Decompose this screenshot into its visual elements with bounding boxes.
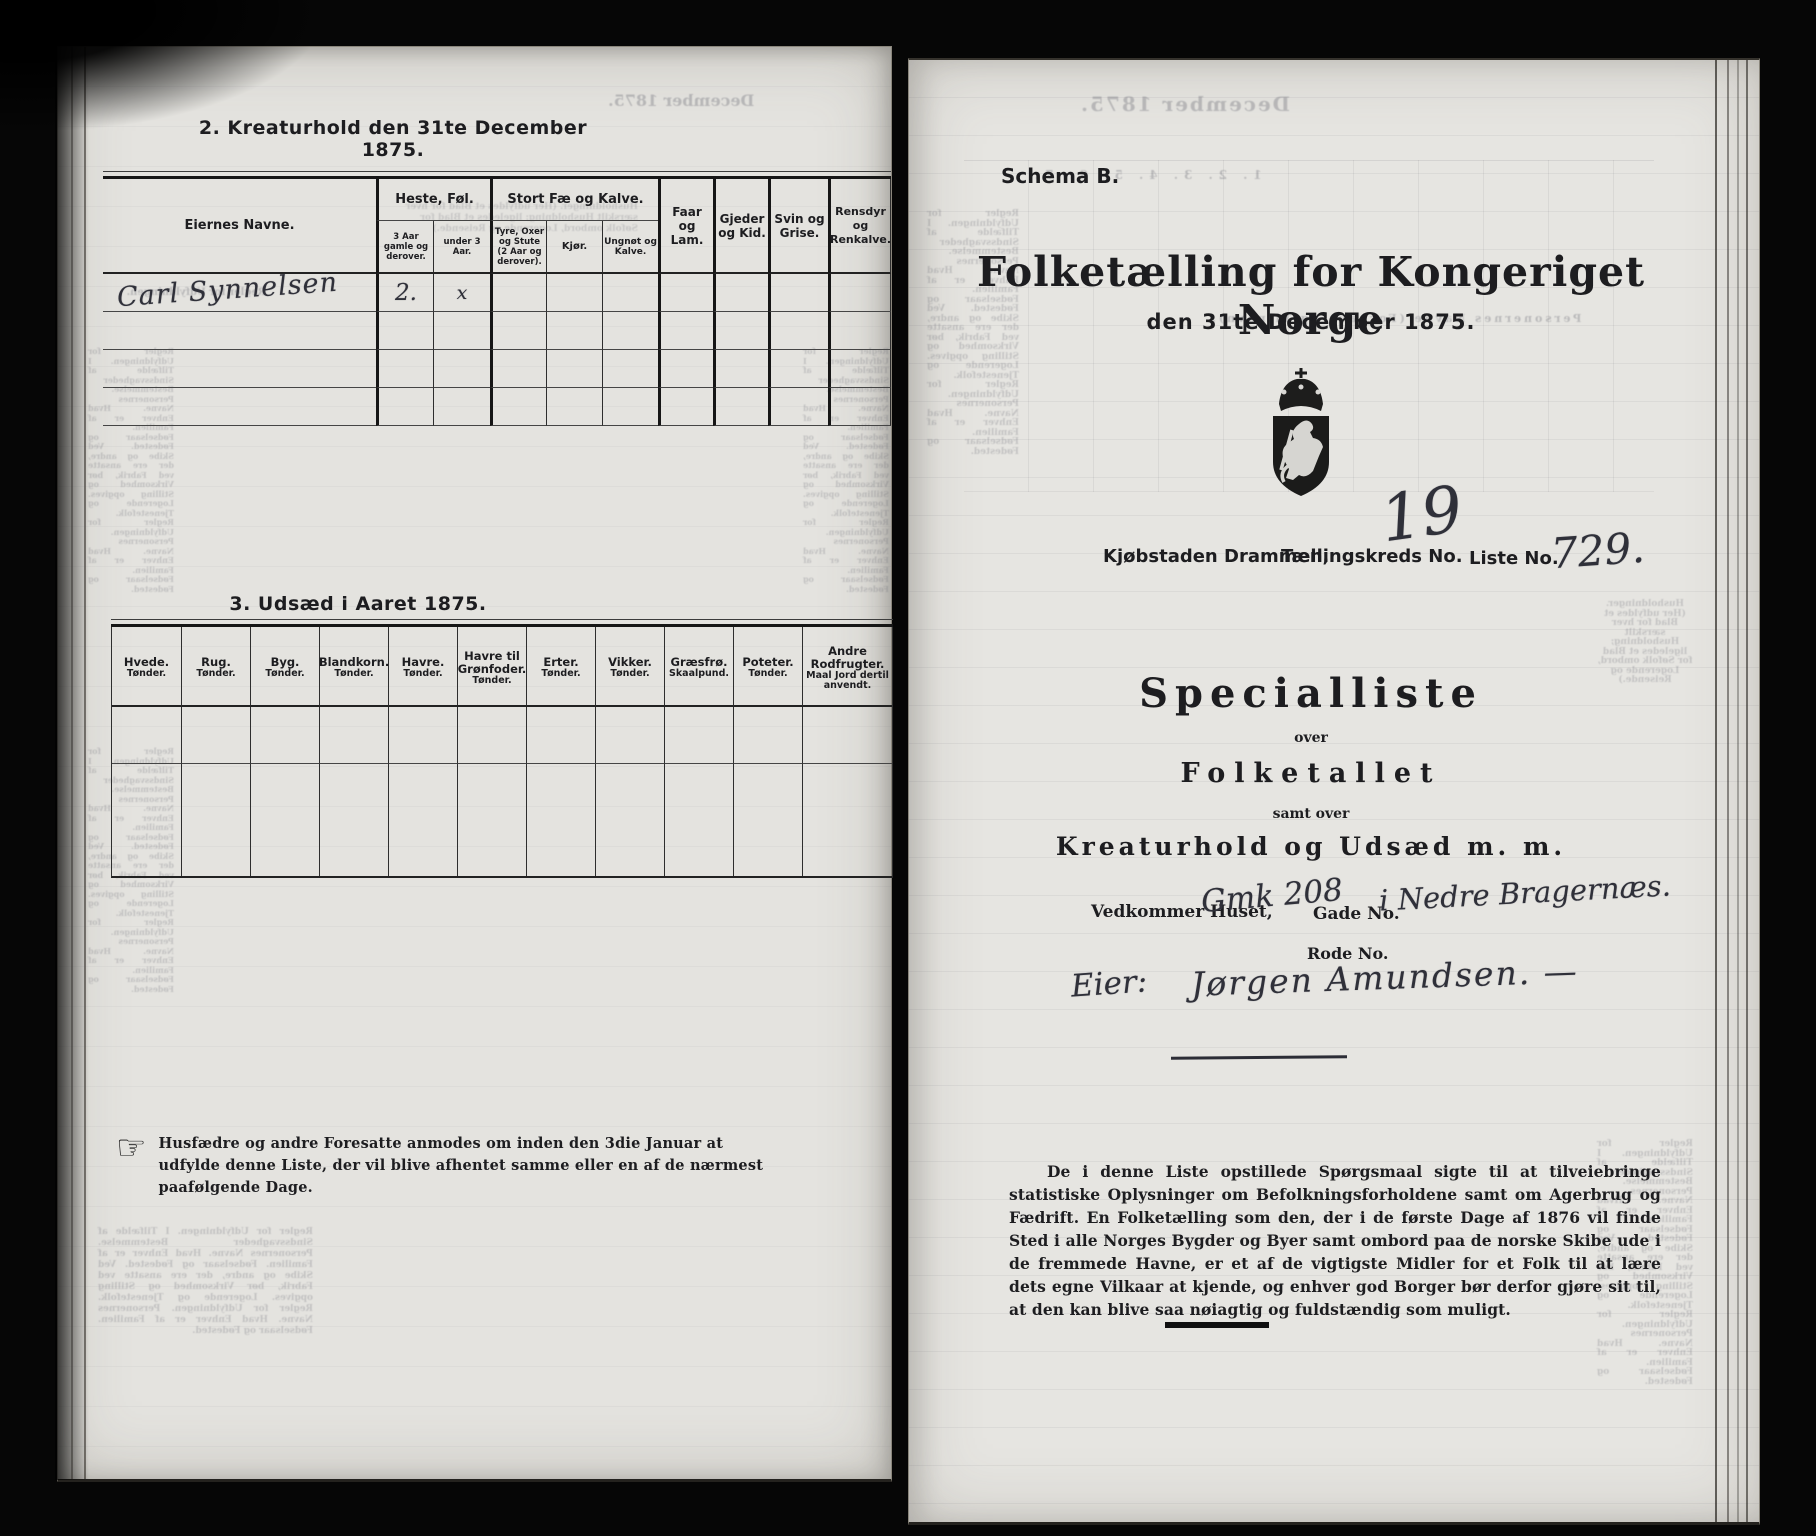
empty-cell xyxy=(319,764,388,876)
col-name: Havre til Grønfoder. xyxy=(458,650,527,676)
empty-cell xyxy=(433,350,490,388)
empty-cell xyxy=(802,764,892,876)
col-header-poteter: Poteter.Tønder. xyxy=(733,627,802,707)
col-header-gjeder-kid: Gjeder og Kid. xyxy=(713,179,768,274)
empty-cell xyxy=(828,388,891,426)
empty-cell xyxy=(733,764,802,876)
col-header-havre-gronfoder: Havre til Grønfoder.Tønder. xyxy=(457,627,526,707)
col-header-rensdyr: Rensdyr og Renkalve. xyxy=(828,179,891,274)
eier-label: Eier: xyxy=(1070,963,1148,1004)
col-subheader-heste-under3: under 3 Aar. xyxy=(433,221,490,274)
subtitle-specialliste: Specialliste xyxy=(961,670,1661,717)
kreaturhold-table: Eiernes Navne. Heste, Føl. Stort Fæ og K… xyxy=(103,179,891,426)
col-header-svin-grise: Svin og Grise. xyxy=(768,179,828,274)
empty-cell xyxy=(658,274,713,312)
divider-bar xyxy=(1165,1322,1269,1328)
empty-cell xyxy=(602,388,658,426)
tellingskreds-value: 19 xyxy=(1376,473,1467,558)
empty-cell xyxy=(713,274,768,312)
handwritten-owner-name: Carl Synnelsen xyxy=(102,267,339,314)
empty-cell xyxy=(319,707,388,764)
col-header-blandkorn: Blandkorn.Tønder. xyxy=(319,627,388,707)
empty-cell xyxy=(388,707,457,764)
eier-value: Jørgen Amundsen. — xyxy=(1190,951,1579,1004)
col-header-andre-rodfrugter: Andre Rodfrugter.Maal Jord dertil anvend… xyxy=(802,627,892,707)
empty-cell xyxy=(181,707,250,764)
udsaed-table: Hvede.Tønder. Rug.Tønder. Byg.Tønder. Bl… xyxy=(111,627,893,878)
empty-cell xyxy=(546,274,602,312)
col-header-vikker: Vikker.Tønder. xyxy=(595,627,664,707)
handwritten-count: 2. xyxy=(395,280,417,306)
empty-cell xyxy=(602,274,658,312)
col-unit: Tønder. xyxy=(196,669,235,680)
col-unit: Tønder. xyxy=(127,669,166,680)
empty-cell xyxy=(546,388,602,426)
empty-cell xyxy=(457,764,526,876)
col-unit: Tønder. xyxy=(403,669,442,680)
empty-cell xyxy=(376,388,433,426)
empty-cell xyxy=(595,707,664,764)
col-header-erter: Erter.Tønder. xyxy=(526,627,595,707)
subtitle-samt-over: samt over xyxy=(961,806,1661,822)
empty-cell xyxy=(658,388,713,426)
empty-cell xyxy=(658,350,713,388)
col-subheader-kjor: Kjør. xyxy=(546,221,602,274)
right-page: December 1875. 1. 2. 3. 4. 5. 6. 7. Pers… xyxy=(908,58,1760,1525)
col-header-eiernes-navne: Eiernes Navne. xyxy=(103,179,376,274)
subtitle-kreaturhold: Kreaturhold og Udsæd m. m. xyxy=(961,832,1661,861)
col-group-heste: Heste, Føl. xyxy=(376,179,490,221)
empty-cell xyxy=(250,707,319,764)
empty-cell xyxy=(713,388,768,426)
col-header-hvede: Hvede.Tønder. xyxy=(112,627,181,707)
empty-cell xyxy=(768,350,828,388)
col-group-stort-fae: Stort Fæ og Kalve. xyxy=(490,179,658,221)
schema-label: Schema B. xyxy=(1001,164,1119,188)
col-subheader-ungnot: Ungnøt og Kalve. xyxy=(602,221,658,274)
census-date: den 31te December 1875. xyxy=(961,310,1661,334)
col-unit: Tønder. xyxy=(610,669,649,680)
col-unit: Tønder. xyxy=(472,676,511,687)
cell-heste-over3: 2. xyxy=(376,274,433,312)
col-header-faar-lam: Faar og Lam. xyxy=(658,179,713,274)
empty-cell xyxy=(768,312,828,350)
liste-label: Liste No. xyxy=(1469,548,1559,569)
empty-cell xyxy=(602,312,658,350)
col-unit: Skaalpund. xyxy=(669,669,729,680)
empty-cell xyxy=(112,707,181,764)
empty-cell xyxy=(250,764,319,876)
empty-cell xyxy=(664,764,733,876)
col-subheader-heste-over3: 3 Aar gamle og derover. xyxy=(376,221,433,274)
empty-cell xyxy=(546,350,602,388)
empty-cell xyxy=(828,312,891,350)
empty-cell xyxy=(802,707,892,764)
empty-cell xyxy=(112,764,181,876)
empty-cell xyxy=(376,350,433,388)
col-header-byg: Byg.Tønder. xyxy=(250,627,319,707)
empty-cell xyxy=(664,707,733,764)
handwritten-underline xyxy=(1171,1055,1347,1060)
empty-cell xyxy=(457,707,526,764)
empty-cell xyxy=(526,764,595,876)
empty-cell xyxy=(526,707,595,764)
pointing-hand-icon: ☞ xyxy=(116,1133,146,1199)
empty-cell xyxy=(103,350,376,388)
col-header-rug: Rug.Tønder. xyxy=(181,627,250,707)
empty-cell xyxy=(388,764,457,876)
bleedthrough-text: Regler for Udfyldningen. I Tilfælde af S… xyxy=(98,1227,313,1337)
empty-cell xyxy=(103,388,376,426)
empty-cell xyxy=(713,312,768,350)
empty-cell xyxy=(595,764,664,876)
empty-cell xyxy=(433,312,490,350)
section2-title: 2. Kreaturhold den 31te December 1875. xyxy=(183,117,603,161)
table-row-owner-name: Carl Synnelsen xyxy=(103,274,376,312)
left-page: December 1875. Regler for Udfyldningen. … xyxy=(57,46,892,1482)
handwritten-mark: x xyxy=(457,282,468,304)
empty-cell xyxy=(490,350,546,388)
empty-cell xyxy=(490,388,546,426)
empty-cell xyxy=(433,388,490,426)
empty-cell xyxy=(181,764,250,876)
empty-cell xyxy=(733,707,802,764)
subtitle-over: over xyxy=(961,730,1661,746)
page-stack-edges xyxy=(1715,60,1717,1522)
empty-cell xyxy=(768,274,828,312)
col-unit: Tønder. xyxy=(265,669,304,680)
footnote-text: Husfædre og andre Foresatte anmodes om i… xyxy=(158,1133,764,1199)
col-unit: Tønder. xyxy=(748,669,787,680)
census-book-scan: December 1875. Regler for Udfyldningen. … xyxy=(0,0,1816,1536)
empty-cell xyxy=(602,350,658,388)
empty-cell xyxy=(713,350,768,388)
col-header-havre: Havre.Tønder. xyxy=(388,627,457,707)
empty-cell xyxy=(828,274,891,312)
empty-cell xyxy=(768,388,828,426)
col-unit: Tønder. xyxy=(541,669,580,680)
empty-cell xyxy=(658,312,713,350)
gade-value: i Nedre Bragernæs. xyxy=(1378,868,1671,917)
empty-cell xyxy=(490,274,546,312)
empty-cell xyxy=(546,312,602,350)
bleedthrough-text: December 1875. xyxy=(608,91,754,110)
cell-heste-under3: x xyxy=(433,274,490,312)
coat-of-arms-icon xyxy=(1251,366,1351,511)
section3-title: 3. Udsæd i Aaret 1875. xyxy=(148,593,568,615)
empty-cell xyxy=(103,312,376,350)
col-unit: Maal Jord dertil anvendt. xyxy=(804,671,891,692)
liste-value: 729. xyxy=(1549,523,1646,578)
empty-cell xyxy=(376,312,433,350)
bleedthrough-text: December 1875. xyxy=(1079,92,1290,116)
col-unit: Tønder. xyxy=(334,669,373,680)
col-header-graesfro: Græsfrø.Skaalpund. xyxy=(664,627,733,707)
empty-cell xyxy=(828,350,891,388)
info-paragraph: De i denne Liste opstillede Spørgsmaal s… xyxy=(1009,1160,1661,1321)
col-subheader-tyre-oxer: Tyre, Oxer og Stute (2 Aar og derover). xyxy=(490,221,546,274)
col-name: Andre Rodfrugter. xyxy=(804,645,891,671)
subtitle-folketallet: Folketallet xyxy=(961,758,1661,789)
empty-cell xyxy=(490,312,546,350)
table-top-rule xyxy=(103,171,891,179)
table-top-rule xyxy=(111,619,893,627)
footnote: ☞ Husfædre og andre Foresatte anmodes om… xyxy=(116,1133,764,1199)
